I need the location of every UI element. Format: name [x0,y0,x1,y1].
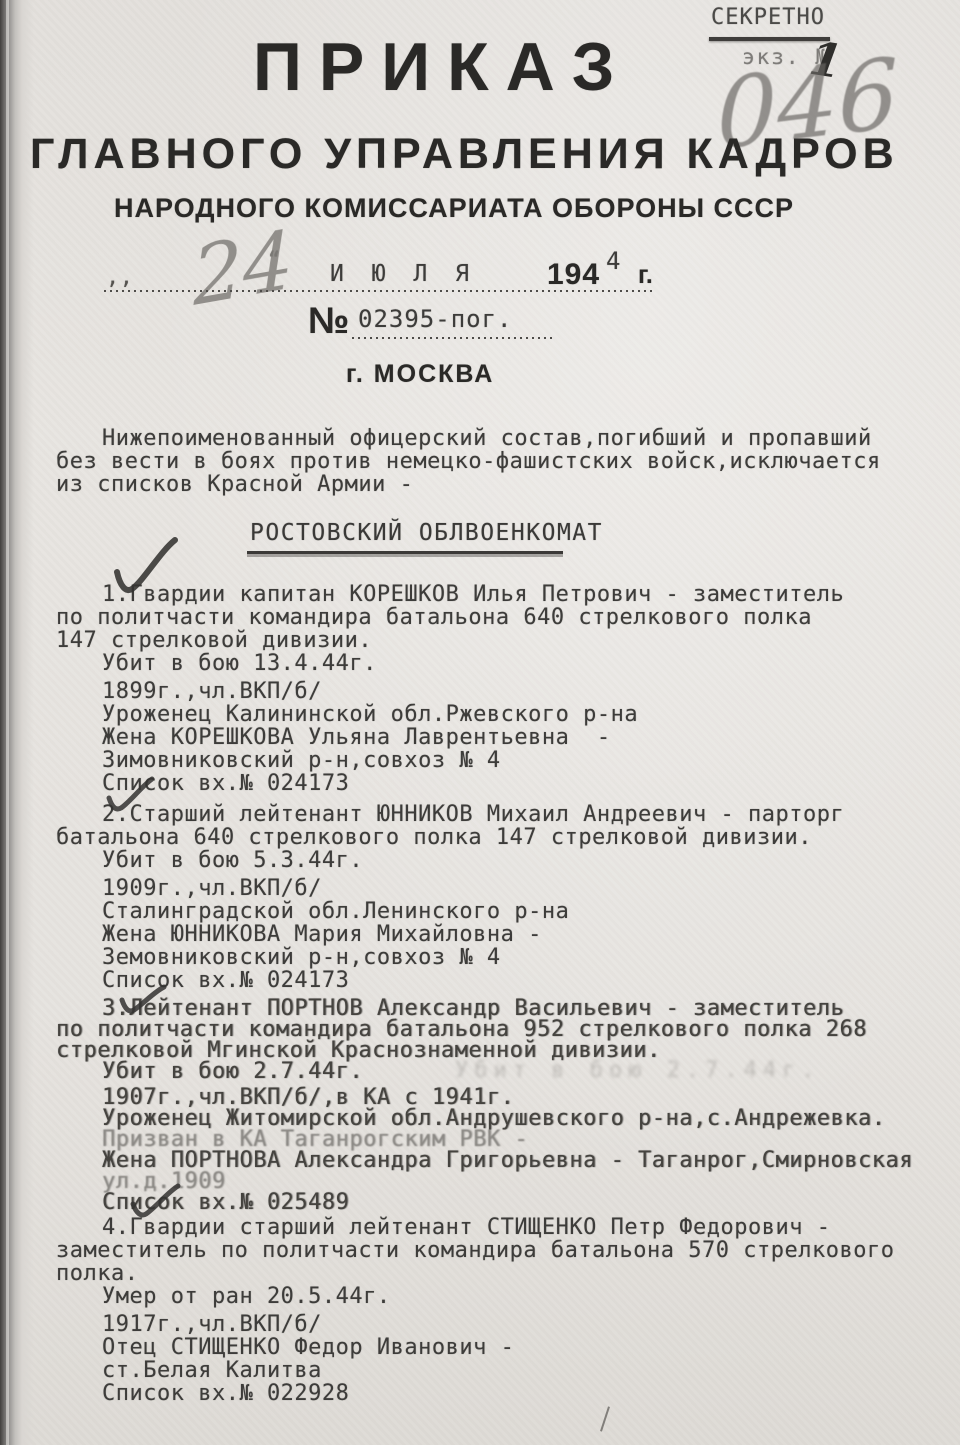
checkmark-annotation [128,1182,182,1220]
section-header-underline [247,551,563,554]
typed-line: Список вх.№ 024173 [102,969,952,992]
typed-line: ул.д.1909 [102,1171,952,1192]
date-month: И Ю Л Я [330,263,476,286]
typed-line: Зимовниковский р-н,совхоз № 4 [102,749,952,772]
ghost-text: Убит в бою 2.7.44г. [455,1058,821,1083]
checkmark-icon [104,776,156,814]
typed-line: Жена ЮННИКОВА Мария Михайловна - [102,923,952,946]
entry-4: 4.Гвардии старший лейтенант СТИЩЕНКО Пет… [56,1216,952,1405]
typed-line: Сталинградской обл.Ленинского р-на [102,900,952,923]
typed-line: по политчасти командира батальона 952 ст… [56,1019,952,1040]
preamble-line: Нижепоименованный офицерский состав,поги… [102,427,946,450]
typed-line: Земовниковский р-н,совхоз № 4 [102,946,952,969]
date-year-unit: г. [638,261,653,290]
date-year-printed: 194 [547,258,600,292]
entry-1: 1.Гвардии капитан КОРЕШКОВ Илья Петрович… [56,583,952,795]
typed-line: Список вх.№ 022928 [102,1382,952,1405]
date-dotted-line [104,290,656,292]
typed-line: полка. [56,1262,952,1285]
typed-line: Жена ПОРТНОВА Александра Григорьевна - Т… [102,1150,952,1171]
typed-line: Отец СТИЩЕНКО Федор Иванович - [102,1336,952,1359]
checkmark-annotation [104,776,156,814]
typed-line: Жена КОРЕШКОВА Ульяна Лаврентьевна - [102,726,952,749]
preamble: Нижепоименованный офицерский состав,поги… [56,427,946,496]
typed-line: 1.Гвардии капитан КОРЕШКОВ Илья Петрович… [102,583,952,606]
typed-line: 1909г.,чл.ВКП/б/ [102,877,952,900]
typed-line: заместитель по политчасти командира бата… [56,1239,952,1262]
typed-line: 1907г.,чл.ВКП/б/,в КА с 1941г. [102,1087,952,1108]
secrecy-stamp: СЕКРЕТНО [711,6,825,29]
date-close-quote: “ [268,248,281,271]
typed-line: 1899г.,чл.ВКП/б/ [102,680,952,703]
typed-line: Уроженец Житомирской обл.Андрушевского р… [102,1108,952,1129]
stray-mark [600,1406,610,1431]
commissariat-line: НАРОДНОГО КОМИССАРИАТА ОБОРОНЫ СССР [114,193,794,224]
typed-line: Умер от ран 20.5.44г. [102,1285,952,1308]
typed-line: ст.Белая Калитва [102,1359,952,1382]
date-year-typed-digit: 4 [606,250,621,273]
typed-line: Призван в КА Таганрогским РВК - [102,1129,952,1150]
org-name-line: ГЛАВНОГО УПРАВЛЕНИЯ КАДРОВ [30,130,899,179]
date-open-quote: ,, [106,266,134,289]
checkmark-icon [110,536,180,598]
city-line: г. МОСКВА [346,360,494,389]
typed-line: 3.Лейтенант ПОРТНОВ Александр Васильевич… [102,998,952,1019]
order-title: ПРИКАЗ [253,28,631,106]
typed-line: 147 стрелковой дивизии. [56,629,952,652]
checkmark-icon [118,984,168,1016]
binding-edge-highlight [6,0,9,1445]
typed-line: 2.Старший лейтенант ЮННИКОВ Михаил Андре… [102,803,952,826]
typed-line: по политчасти командира батальона 640 ст… [56,606,952,629]
checkmark-annotation [110,536,180,598]
typed-line: 4.Гвардии старший лейтенант СТИЩЕНКО Пет… [102,1216,952,1239]
order-number-dotted-line [352,337,552,339]
typed-line: Убит в бою 5.3.44г. [102,849,952,872]
typed-line: Убит в бою 13.4.44г. [102,652,952,675]
preamble-line: без вести в боях против немецко-фашистск… [56,450,946,473]
typed-line: батальона 640 стрелкового полка 147 стре… [56,826,952,849]
typed-line: Уроженец Калининской обл.Ржевского р-на [102,703,952,726]
order-number-sign: № [308,300,349,342]
typed-line: Список вх.№ 025489 [102,1192,952,1213]
section-header: РОСТОВСКИЙ ОБЛВОЕНКОМАТ [250,522,603,545]
preamble-line: из списков Красной Армии - [56,473,946,496]
checkmark-icon [128,1182,182,1220]
typed-line: 1917г.,чл.ВКП/б/ [102,1313,952,1336]
checkmark-annotation [118,984,168,1016]
order-number-value: 02395-пог. [358,308,513,331]
entry-2: 2.Старший лейтенант ЮННИКОВ Михаил Андре… [56,803,952,992]
entry-3: 3.Лейтенант ПОРТНОВ Александр Васильевич… [56,998,952,1213]
scanned-order-page: СЕКРЕТНО экз. № 1 046 ПРИКАЗ ГЛАВНОГО УП… [0,0,960,1445]
typed-line: Список вх.№ 024173 [102,772,952,795]
